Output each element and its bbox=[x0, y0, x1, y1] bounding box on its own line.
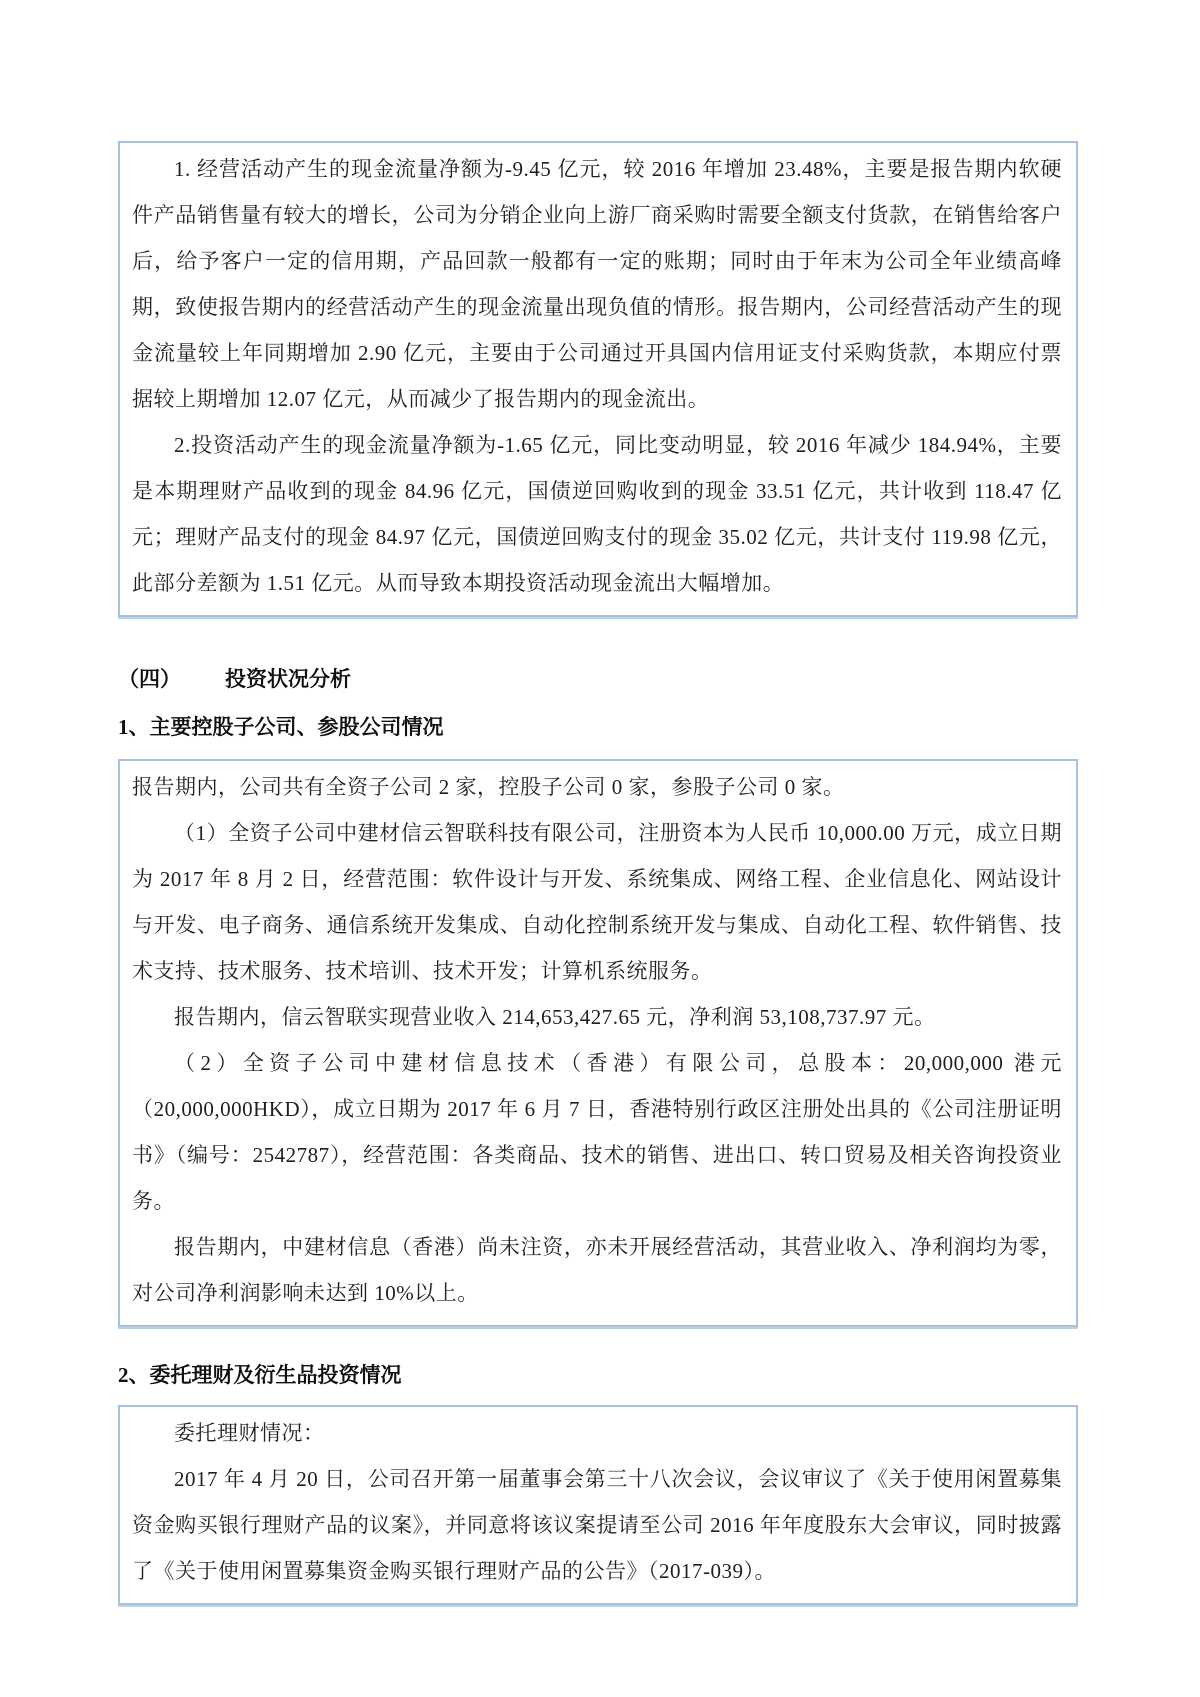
subsection-1-heading: 1、主要控股子公司、参股公司情况 bbox=[118, 712, 1078, 742]
section-number: （四） bbox=[118, 664, 181, 694]
report-page: 1. 经营活动产生的现金流量净额为-9.45 亿元，较 2016 年增加 23.… bbox=[0, 0, 1200, 1697]
subsidiary-2-paragraph: （2）全资子公司中建材信息技术（香港）有限公司，总股本：20,000,000 港… bbox=[132, 1040, 1062, 1224]
section-title: 投资状况分析 bbox=[225, 667, 351, 691]
section-4-heading: （四）投资状况分析 bbox=[118, 664, 1078, 694]
entrusted-wealth-box: 委托理财情况： 2017 年 4 月 20 日，公司召开第一届董事会第三十八次会… bbox=[118, 1405, 1078, 1605]
investing-cash-flow-paragraph: 2.投资活动产生的现金流量净额为-1.65 亿元，同比变动明显，较 2016 年… bbox=[132, 422, 1062, 606]
entrusted-wealth-detail-paragraph: 2017 年 4 月 20 日，公司召开第一届董事会第三十八次会议，会议审议了《… bbox=[132, 1456, 1062, 1594]
cash-flow-analysis-box: 1. 经营活动产生的现金流量净额为-9.45 亿元，较 2016 年增加 23.… bbox=[118, 141, 1078, 617]
subsidiary-1-paragraph: （1）全资子公司中建材信云智联科技有限公司，注册资本为人民币 10,000.00… bbox=[132, 810, 1062, 994]
subsidiaries-box: 报告期内，公司共有全资子公司 2 家，控股子公司 0 家，参股子公司 0 家。 … bbox=[118, 759, 1078, 1327]
operating-cash-flow-paragraph: 1. 经营活动产生的现金流量净额为-9.45 亿元，较 2016 年增加 23.… bbox=[132, 146, 1062, 422]
entrusted-wealth-intro-paragraph: 委托理财情况： bbox=[132, 1410, 1062, 1456]
report-content: 1. 经营活动产生的现金流量净额为-9.45 亿元，较 2016 年增加 23.… bbox=[118, 141, 1078, 1605]
subsidiaries-summary-paragraph: 报告期内，公司共有全资子公司 2 家，控股子公司 0 家，参股子公司 0 家。 bbox=[132, 764, 1062, 810]
subsidiary-1-revenue-paragraph: 报告期内，信云智联实现营业收入 214,653,427.65 元，净利润 53,… bbox=[132, 994, 1062, 1040]
subsection-2-heading: 2、委托理财及衍生品投资情况 bbox=[118, 1360, 1078, 1390]
subsidiary-2-status-paragraph: 报告期内，中建材信息（香港）尚未注资，亦未开展经营活动，其营业收入、净利润均为零… bbox=[132, 1224, 1062, 1316]
